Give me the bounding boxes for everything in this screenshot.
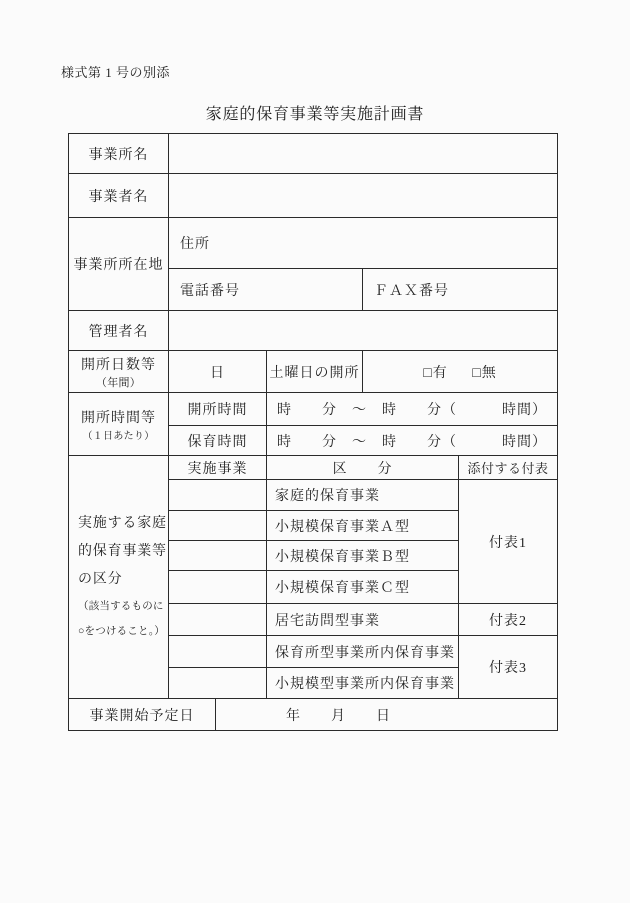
category-label-home: 家庭的保育事業 bbox=[267, 480, 459, 511]
address-label: 住所 bbox=[180, 237, 210, 252]
start-date-label: 事業開始予定日 bbox=[69, 699, 216, 731]
saturday-yes-checkbox[interactable]: □有 bbox=[423, 366, 447, 381]
location-address-row: 事業所所在地 住所 bbox=[69, 218, 558, 269]
circle-mark-cell-small-b[interactable] bbox=[169, 541, 267, 571]
circle-mark-cell-workplace-nursery[interactable] bbox=[169, 636, 267, 668]
office-name-label: 事業所名 bbox=[69, 134, 169, 174]
appendix-2-label: 付表2 bbox=[459, 604, 558, 636]
open-days-label: 開所日数等 （年間） bbox=[69, 351, 169, 393]
form-number-note: 様式第 1 号の別添 bbox=[61, 62, 170, 81]
office-name-row: 事業所名 bbox=[69, 134, 558, 174]
manager-name-input[interactable] bbox=[169, 311, 558, 351]
manager-name-row: 管理者名 bbox=[69, 311, 558, 351]
category-label-home-visit: 居宅訪問型事業 bbox=[267, 604, 459, 636]
childcare-plan-form-table: 事業所名 事業者名 事業所所在地 住所 電話番号 ＦＡＸ番号 管理者名 bbox=[68, 133, 558, 731]
appendix-1-label: 付表1 bbox=[459, 480, 558, 604]
manager-name-label: 管理者名 bbox=[69, 311, 169, 351]
address-input[interactable]: 住所 bbox=[169, 218, 558, 269]
category-column-header: 区 分 bbox=[267, 456, 459, 480]
operator-name-label: 事業者名 bbox=[69, 174, 169, 218]
opening-hours-label: 開所時間 bbox=[169, 393, 267, 426]
start-date-row: 事業開始予定日 年 月 日 bbox=[69, 699, 558, 731]
document-page: 様式第 1 号の別添 家庭的保育事業等実施計画書 事業所名 事業者名 事業所所在… bbox=[0, 0, 630, 903]
circle-mark-cell-home[interactable] bbox=[169, 480, 267, 511]
appendix-3-label: 付表3 bbox=[459, 636, 558, 699]
category-label-workplace-nursery: 保育所型事業所内保育事業 bbox=[267, 636, 459, 668]
category-label-small-c: 小規模保育事業Ｃ型 bbox=[267, 571, 459, 604]
category-label-small-b: 小規模保育事業Ｂ型 bbox=[267, 541, 459, 571]
circle-mark-cell-workplace-small[interactable] bbox=[169, 668, 267, 699]
category-label-small-a: 小規模保育事業Ａ型 bbox=[267, 511, 459, 541]
circle-mark-cell-home-visit[interactable] bbox=[169, 604, 267, 636]
saturday-open-label: 土曜日の開所 bbox=[267, 351, 363, 393]
saturday-no-checkbox[interactable]: □無 bbox=[472, 366, 496, 381]
opening-hours-row: 開所時間等 （１日あたり） 開所時間 時 分 ～ 時 分（ 時間） bbox=[69, 393, 558, 426]
phone-label: 電話番号 bbox=[180, 284, 240, 299]
circle-mark-cell-small-a[interactable] bbox=[169, 511, 267, 541]
open-days-unit: 日 bbox=[210, 366, 225, 381]
category-label-workplace-small: 小規模型事業所内保育事業 bbox=[267, 668, 459, 699]
location-label: 事業所所在地 bbox=[69, 218, 169, 311]
appendix-column-header: 添付する付表 bbox=[459, 456, 558, 480]
care-hours-input[interactable]: 時 分 ～ 時 分（ 時間） bbox=[267, 426, 558, 456]
category-side-label: 実施する家庭 的保育事業等 の区分 （該当するものに ○をつけること。） bbox=[69, 456, 169, 699]
implement-column-header: 実施事業 bbox=[169, 456, 267, 480]
phone-input[interactable]: 電話番号 bbox=[169, 269, 363, 311]
hours-label: 開所時間等 （１日あたり） bbox=[69, 393, 169, 456]
start-date-input[interactable]: 年 月 日 bbox=[216, 699, 558, 731]
operator-name-row: 事業者名 bbox=[69, 174, 558, 218]
operator-name-input[interactable] bbox=[169, 174, 558, 218]
category-header-row: 実施する家庭 的保育事業等 の区分 （該当するものに ○をつけること。） 実施事… bbox=[69, 456, 558, 480]
fax-input[interactable]: ＦＡＸ番号 bbox=[363, 269, 558, 311]
office-name-input[interactable] bbox=[169, 134, 558, 174]
document-title: 家庭的保育事業等実施計画書 bbox=[0, 101, 630, 124]
care-hours-label: 保育時間 bbox=[169, 426, 267, 456]
opening-hours-input[interactable]: 時 分 ～ 時 分（ 時間） bbox=[267, 393, 558, 426]
open-days-row: 開所日数等 （年間） 日 土曜日の開所 □有 □無 bbox=[69, 351, 558, 393]
saturday-open-options: □有 □無 bbox=[363, 351, 558, 393]
open-days-input[interactable]: 日 bbox=[169, 351, 267, 393]
circle-mark-cell-small-c[interactable] bbox=[169, 571, 267, 604]
fax-label: ＦＡＸ番号 bbox=[374, 284, 449, 299]
